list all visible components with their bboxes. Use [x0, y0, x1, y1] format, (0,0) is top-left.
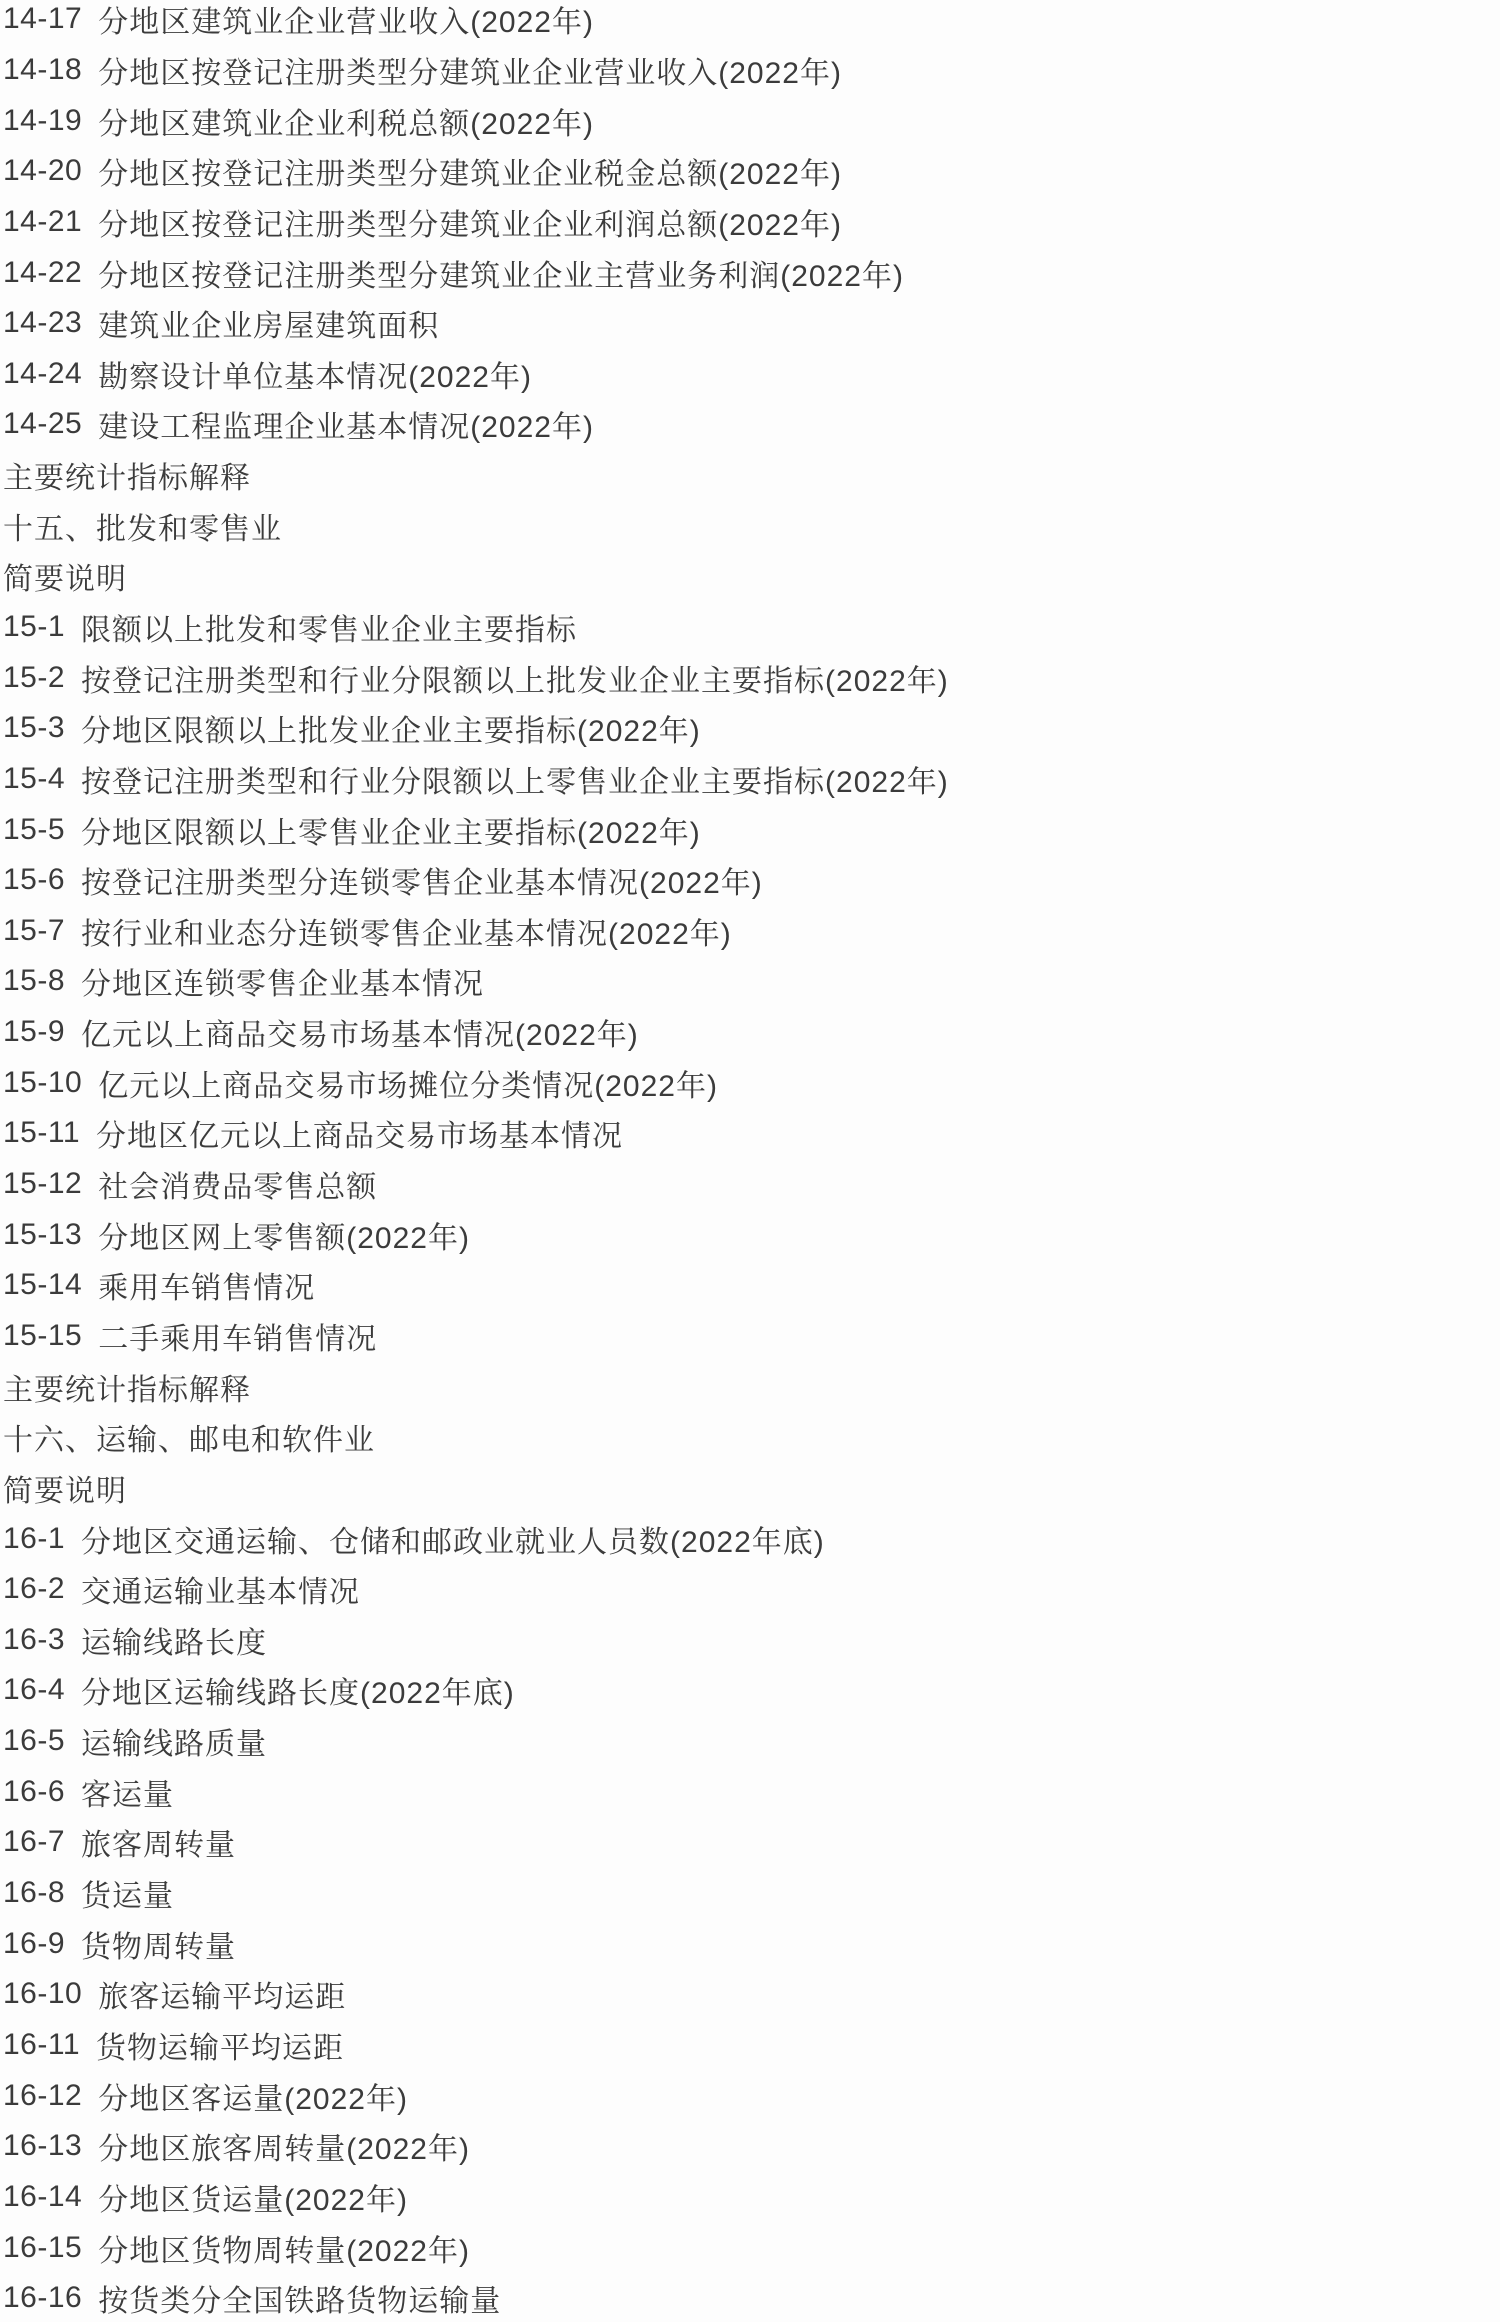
- entry-number: 15-2: [3, 661, 65, 695]
- entry-number: 16-14: [3, 2180, 82, 2214]
- toc-entry: 16-3运输线路长度: [3, 1615, 1500, 1666]
- entry-title: 分地区限额以上零售业企业主要指标(2022年): [81, 808, 701, 852]
- toc-entry: 16-13分地区旅客周转量(2022年): [3, 2121, 1500, 2172]
- toc-entry: 14-24勘察设计单位基本情况(2022年): [3, 348, 1500, 399]
- entry-title: 按登记注册类型和行业分限额以上零售业企业主要指标(2022年): [81, 757, 949, 801]
- toc-entry: 15-8分地区连锁零售企业基本情况: [3, 956, 1500, 1007]
- toc-note-line: 主要统计指标解释: [3, 1361, 1500, 1412]
- entry-title: 货物运输平均运距: [96, 2023, 344, 2067]
- entry-number: 16-15: [3, 2231, 82, 2265]
- entry-number: 16-3: [3, 1623, 65, 1657]
- toc-entry: 15-2按登记注册类型和行业分限额以上批发业企业主要指标(2022年): [3, 652, 1500, 703]
- entry-title: 按登记注册类型和行业分限额以上批发业企业主要指标(2022年): [81, 656, 949, 700]
- toc-entry: 15-11分地区亿元以上商品交易市场基本情况: [3, 1108, 1500, 1159]
- toc-entry: 16-11货物运输平均运距: [3, 2020, 1500, 2071]
- entry-number: 15-7: [3, 914, 65, 948]
- entry-title: 运输线路质量: [81, 1719, 267, 1763]
- entry-title: 货运量: [81, 1871, 174, 1915]
- toc-entry: 15-6按登记注册类型分连锁零售企业基本情况(2022年): [3, 855, 1500, 906]
- entry-title: 分地区按登记注册类型分建筑业企业税金总额(2022年): [98, 149, 842, 193]
- toc-entry: 15-12社会消费品零售总额: [3, 1159, 1500, 1210]
- toc-entry: 16-1分地区交通运输、仓储和邮政业就业人员数(2022年底): [3, 1513, 1500, 1564]
- toc-entry: 16-10旅客运输平均运距: [3, 1969, 1500, 2020]
- entry-title: 分地区网上零售额(2022年): [98, 1213, 470, 1257]
- entry-number: 15-15: [3, 1319, 82, 1353]
- entry-number: 15-11: [3, 1116, 80, 1150]
- entry-number: 16-16: [3, 2281, 82, 2315]
- toc-entry: 16-16按货类分全国铁路货物运输量: [3, 2273, 1500, 2322]
- entry-number: 15-3: [3, 711, 65, 745]
- toc-entry: 16-2交通运输业基本情况: [3, 1564, 1500, 1615]
- toc-entry: 15-1限额以上批发和零售业企业主要指标: [3, 602, 1500, 653]
- entry-title: 运输线路长度: [81, 1618, 267, 1662]
- toc-entry: 14-23建筑业企业房屋建筑面积: [3, 298, 1500, 349]
- entry-title: 建筑业企业房屋建筑面积: [98, 301, 439, 345]
- toc-entry: 16-7旅客周转量: [3, 1817, 1500, 1868]
- entry-number: 16-11: [3, 2028, 80, 2062]
- entry-number: 16-7: [3, 1825, 65, 1859]
- entry-number: 14-24: [3, 357, 82, 391]
- entry-title: 分地区建筑业企业营业收入(2022年): [98, 0, 594, 41]
- entry-title: 建设工程监理企业基本情况(2022年): [98, 402, 594, 446]
- toc-entry: 14-17分地区建筑业企业营业收入(2022年): [3, 0, 1500, 45]
- entry-title: 旅客运输平均运距: [98, 1972, 346, 2016]
- entry-number: 14-21: [3, 205, 82, 239]
- toc-entry: 16-5运输线路质量: [3, 1716, 1500, 1767]
- entry-title: 交通运输业基本情况: [81, 1567, 360, 1611]
- entry-number: 15-5: [3, 813, 65, 847]
- entry-number: 15-14: [3, 1268, 82, 1302]
- entry-number: 14-20: [3, 154, 82, 188]
- entry-title: 客运量: [81, 1770, 174, 1814]
- toc-entry: 16-14分地区货运量(2022年): [3, 2172, 1500, 2223]
- toc-note-line: 简要说明: [3, 1463, 1500, 1514]
- toc-entry: 14-21分地区按登记注册类型分建筑业企业利润总额(2022年): [3, 197, 1500, 248]
- entry-number: 14-18: [3, 53, 82, 87]
- entry-title: 主要统计指标解释: [3, 453, 251, 497]
- entry-title: 分地区建筑业企业利税总额(2022年): [98, 99, 594, 143]
- entry-title: 分地区限额以上批发业企业主要指标(2022年): [81, 706, 701, 750]
- entry-title: 按行业和业态分连锁零售企业基本情况(2022年): [81, 909, 732, 953]
- entry-title: 分地区货运量(2022年): [98, 2175, 408, 2219]
- entry-number: 15-4: [3, 762, 65, 796]
- entry-title: 社会消费品零售总额: [98, 1162, 377, 1206]
- entry-title: 按货类分全国铁路货物运输量: [98, 2276, 501, 2320]
- entry-title: 分地区交通运输、仓储和邮政业就业人员数(2022年底): [81, 1517, 825, 1561]
- entry-number: 15-6: [3, 863, 65, 897]
- toc-entry: 14-25建设工程监理企业基本情况(2022年): [3, 399, 1500, 450]
- toc-entry: 14-22分地区按登记注册类型分建筑业企业主营业务利润(2022年): [3, 247, 1500, 298]
- entry-number: 15-12: [3, 1167, 82, 1201]
- entry-number: 14-22: [3, 256, 82, 290]
- entry-title: 分地区按登记注册类型分建筑业企业营业收入(2022年): [98, 48, 842, 92]
- toc-entry: 15-5分地区限额以上零售业企业主要指标(2022年): [3, 804, 1500, 855]
- entry-title: 十六、运输、邮电和软件业: [3, 1415, 375, 1459]
- entry-title: 分地区货物周转量(2022年): [98, 2226, 470, 2270]
- entry-title: 乘用车销售情况: [98, 1263, 315, 1307]
- entry-title: 限额以上批发和零售业企业主要指标: [81, 605, 577, 649]
- toc-entry: 16-15分地区货物周转量(2022年): [3, 2222, 1500, 2273]
- toc-entry: 15-14乘用车销售情况: [3, 1260, 1500, 1311]
- toc-entry: 14-18分地区按登记注册类型分建筑业企业营业收入(2022年): [3, 45, 1500, 96]
- table-of-contents: 14-17分地区建筑业企业营业收入(2022年)14-18分地区按登记注册类型分…: [3, 0, 1500, 2322]
- entry-number: 16-1: [3, 1522, 65, 1556]
- entry-title: 分地区亿元以上商品交易市场基本情况: [96, 1111, 623, 1155]
- toc-entry: 14-20分地区按登记注册类型分建筑业企业税金总额(2022年): [3, 146, 1500, 197]
- entry-number: 16-8: [3, 1876, 65, 1910]
- entry-title: 主要统计指标解释: [3, 1365, 251, 1409]
- toc-entry: 16-8货运量: [3, 1868, 1500, 1919]
- toc-note-line: 主要统计指标解释: [3, 450, 1500, 501]
- toc-entry: 16-9货物周转量: [3, 1918, 1500, 1969]
- entry-number: 16-13: [3, 2129, 82, 2163]
- toc-entry: 15-4按登记注册类型和行业分限额以上零售业企业主要指标(2022年): [3, 754, 1500, 805]
- entry-title: 亿元以上商品交易市场基本情况(2022年): [81, 1010, 639, 1054]
- entry-number: 15-8: [3, 964, 65, 998]
- entry-title: 分地区按登记注册类型分建筑业企业利润总额(2022年): [98, 200, 842, 244]
- toc-entry: 15-3分地区限额以上批发业企业主要指标(2022年): [3, 703, 1500, 754]
- toc-entry: 14-19分地区建筑业企业利税总额(2022年): [3, 95, 1500, 146]
- entry-number: 16-9: [3, 1927, 65, 1961]
- toc-note-line: 简要说明: [3, 551, 1500, 602]
- toc-entry: 15-9亿元以上商品交易市场基本情况(2022年): [3, 1007, 1500, 1058]
- entry-title: 旅客周转量: [81, 1820, 236, 1864]
- entry-title: 亿元以上商品交易市场摊位分类情况(2022年): [98, 1061, 718, 1105]
- entry-number: 15-1: [3, 610, 65, 644]
- entry-title: 分地区运输线路长度(2022年底): [81, 1668, 515, 1712]
- entry-title: 货物周转量: [81, 1922, 236, 1966]
- entry-title: 简要说明: [3, 554, 127, 598]
- entry-number: 16-2: [3, 1572, 65, 1606]
- entry-title: 分地区连锁零售企业基本情况: [81, 959, 484, 1003]
- entry-number: 15-13: [3, 1218, 82, 1252]
- toc-chapter-heading: 十六、运输、邮电和软件业: [3, 1412, 1500, 1463]
- entry-title: 二手乘用车销售情况: [98, 1314, 377, 1358]
- toc-entry: 16-6客运量: [3, 1766, 1500, 1817]
- entry-title: 简要说明: [3, 1466, 127, 1510]
- entry-title: 按登记注册类型分连锁零售企业基本情况(2022年): [81, 858, 763, 902]
- entry-number: 14-17: [3, 2, 82, 36]
- toc-chapter-heading: 十五、批发和零售业: [3, 500, 1500, 551]
- entry-number: 16-6: [3, 1775, 65, 1809]
- entry-title: 分地区旅客周转量(2022年): [98, 2124, 470, 2168]
- entry-number: 14-23: [3, 306, 82, 340]
- toc-entry: 15-15二手乘用车销售情况: [3, 1311, 1500, 1362]
- entry-number: 16-12: [3, 2079, 82, 2113]
- entry-number: 15-9: [3, 1015, 65, 1049]
- entry-number: 16-10: [3, 1977, 82, 2011]
- toc-entry: 15-10亿元以上商品交易市场摊位分类情况(2022年): [3, 1057, 1500, 1108]
- entry-number: 14-19: [3, 104, 82, 138]
- toc-entry: 15-7按行业和业态分连锁零售企业基本情况(2022年): [3, 906, 1500, 957]
- entry-title: 分地区客运量(2022年): [98, 2074, 408, 2118]
- toc-entry: 16-12分地区客运量(2022年): [3, 2070, 1500, 2121]
- toc-entry: 16-4分地区运输线路长度(2022年底): [3, 1665, 1500, 1716]
- toc-entry: 15-13分地区网上零售额(2022年): [3, 1209, 1500, 1260]
- entry-number: 14-25: [3, 407, 82, 441]
- entry-number: 16-5: [3, 1724, 65, 1758]
- entry-title: 勘察设计单位基本情况(2022年): [98, 352, 532, 396]
- entry-number: 15-10: [3, 1066, 82, 1100]
- entry-number: 16-4: [3, 1673, 65, 1707]
- entry-title: 十五、批发和零售业: [3, 504, 282, 548]
- document-page: 14-17分地区建筑业企业营业收入(2022年)14-18分地区按登记注册类型分…: [0, 0, 1500, 2322]
- entry-title: 分地区按登记注册类型分建筑业企业主营业务利润(2022年): [98, 251, 904, 295]
